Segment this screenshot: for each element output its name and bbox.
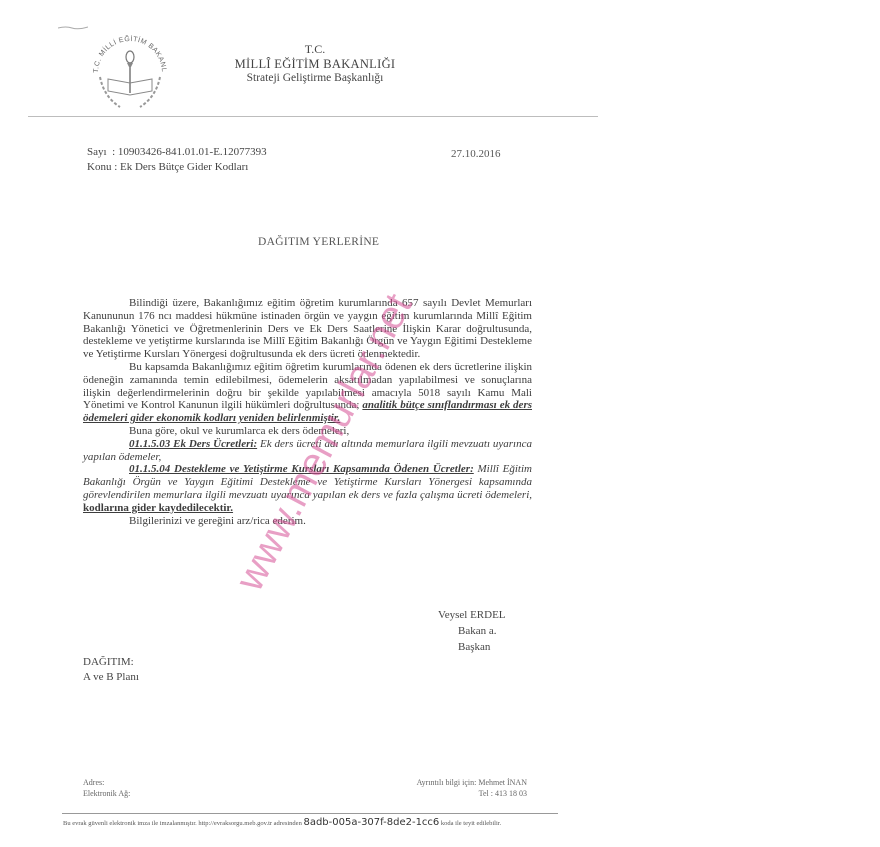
network-label: Elektronik Ağ: [83, 789, 130, 798]
distribution-title: DAĞITIM YERLERİNE [258, 236, 379, 248]
konu-value: Ek Ders Bütçe Gider Kodları [120, 161, 248, 173]
paragraph-1: Bilindiği üzere, Bakanlığımız eğitim öğr… [83, 297, 532, 361]
sayi-label: Sayı [87, 146, 107, 158]
expense-code-2-tail: kodlarına gider kaydedilecektir. [83, 502, 233, 514]
scan-mark [58, 25, 88, 31]
address-label: Adres: [83, 778, 104, 787]
contact-person: Ayrıntılı bilgi için: Mehmet İNAN [404, 778, 527, 787]
paragraph-2: Bu kapsamda Bakanlığımız eğitim öğretim … [83, 361, 532, 425]
verification-code: 8adb-005a-307f-8de2-1cc6 [303, 817, 439, 828]
header-divider [28, 116, 598, 117]
document-subject: Konu : Ek Ders Bütçe Gider Kodları [87, 161, 248, 173]
expense-code-1-label: 01.1.5.03 Ek Ders Ücretleri: [129, 438, 257, 450]
distribution-value: A ve B Planı [83, 671, 139, 683]
signatory-title-2: Başkan [458, 641, 490, 653]
header-department: Strateji Geliştirme Başkanlığı [200, 72, 430, 84]
ministry-logo-icon: T.C. MİLLİ EĞİTİM BAKANLIĞI [90, 27, 170, 113]
document-date: 27.10.2016 [451, 148, 501, 160]
contact-phone: Tel : 413 18 03 [404, 789, 527, 798]
verify-prefix: Bu evrak güvenli elektronik imza ile imz… [63, 820, 302, 827]
verify-suffix: koda ile teyit edilebilir. [441, 820, 501, 827]
signatory-name: Veysel ERDEL [438, 609, 506, 621]
svg-text:T.C. MİLLİ EĞİTİM BAKANLIĞI: T.C. MİLLİ EĞİTİM BAKANLIĞI [90, 27, 167, 73]
header-ministry: MİLLÎ EĞİTİM BAKANLIĞI [200, 57, 430, 72]
konu-label: Konu [87, 161, 111, 173]
distribution-label: DAĞITIM: [83, 656, 134, 668]
verification-note: Bu evrak güvenli elektronik imza ile imz… [63, 817, 501, 828]
signatory-title-1: Bakan a. [458, 625, 496, 637]
header-state: T.C. [200, 42, 430, 57]
footer-divider [62, 813, 558, 814]
sayi-value: 10903426-841.01.01-E.12077393 [118, 146, 267, 158]
document-number: Sayı : 10903426-841.01.01-E.12077393 [87, 146, 267, 158]
